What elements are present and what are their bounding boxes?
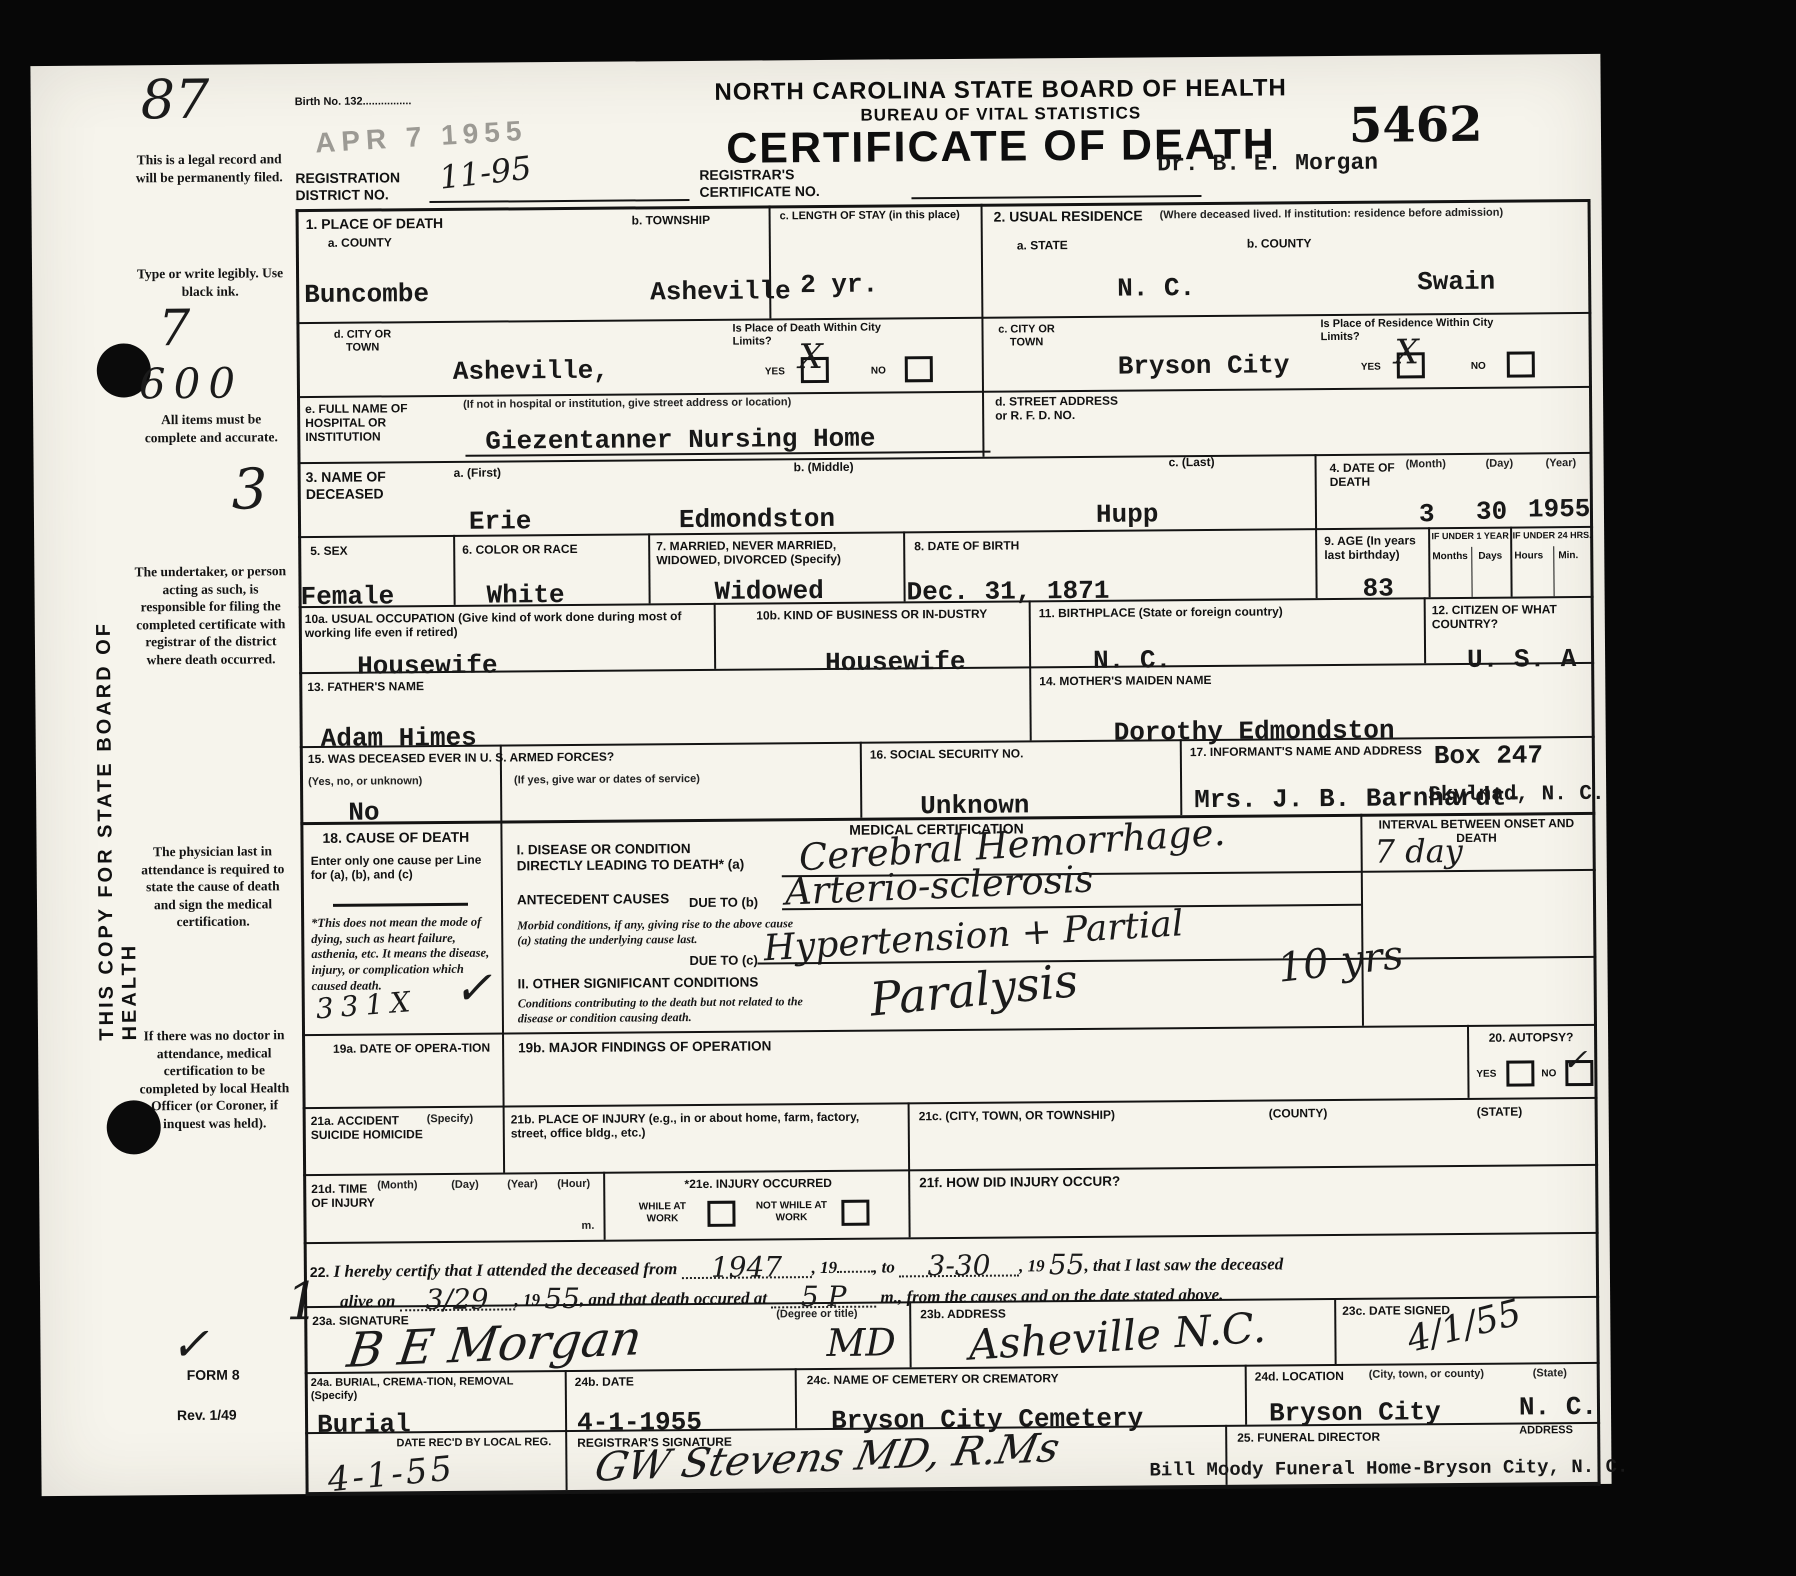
hospital-value: Giezentanner Nursing Home bbox=[485, 426, 875, 455]
while-at-work-label: WHILE AT WORK bbox=[625, 1201, 699, 1225]
certify-alive-blank: 3/29 bbox=[400, 1288, 515, 1311]
certify-to-year-handwriting: 55 bbox=[1049, 1248, 1085, 1281]
how-injury-label: 21f. HOW DID INJURY OCCUR? bbox=[919, 1174, 1120, 1192]
name-of-deceased-label: 3. NAME OF DECEASED bbox=[306, 468, 416, 502]
physician-signature-handwriting: B E Morgan bbox=[344, 1314, 644, 1375]
cell-line bbox=[1360, 814, 1364, 1026]
injury-day-label: (Day) bbox=[451, 1179, 479, 1192]
residence-county-value: Swain bbox=[1417, 269, 1495, 296]
injury-occurred-label: *21e. INJURY OCCURRED bbox=[613, 1175, 903, 1191]
cell-line bbox=[503, 1105, 506, 1172]
cause-note1: Enter only one cause per Line for (a), (… bbox=[311, 853, 491, 883]
registration-district-line bbox=[429, 199, 689, 203]
informant-box-value: Box 247 bbox=[1434, 742, 1543, 769]
residence-city-label: c. CITY OR TOWN bbox=[994, 323, 1058, 349]
cell-line bbox=[648, 533, 651, 603]
residence-city-value: Bryson City bbox=[1118, 352, 1290, 379]
dod-day-value: 30 bbox=[1476, 499, 1507, 525]
registration-district-value: 11-95 bbox=[438, 152, 533, 194]
table-border-right bbox=[1587, 199, 1600, 1486]
cell-line bbox=[1314, 454, 1317, 598]
injury-state-label: (STATE) bbox=[1477, 1105, 1523, 1120]
margin-handwriting-87: 87 bbox=[140, 73, 209, 128]
death-city-value: Asheville, bbox=[453, 358, 609, 385]
autopsy-no-label: NO bbox=[1541, 1068, 1556, 1080]
father-name-label: 13. FATHER'S NAME bbox=[307, 679, 424, 694]
hospital-paren: (If not in hospital or institution, give… bbox=[463, 395, 983, 412]
cell-line bbox=[903, 531, 906, 601]
accident-suicide-label: 21a. ACCIDENT SUICIDE HOMICIDE bbox=[311, 1113, 423, 1142]
degree-handwriting: MD bbox=[826, 1323, 896, 1362]
residence-state-value: N. C. bbox=[1117, 275, 1195, 302]
autopsy-no-mark: ✓ bbox=[1562, 1046, 1587, 1076]
dod-year-value: 1955 bbox=[1528, 496, 1591, 522]
row-line-9 bbox=[302, 1024, 1597, 1036]
armed-forces-value: No bbox=[348, 799, 379, 825]
certify-text-6: alive on bbox=[340, 1291, 395, 1310]
certify-text-7: , 19 bbox=[515, 1290, 541, 1309]
place-of-injury-label: 21b. PLACE OF INJURY (e.g., in or about … bbox=[511, 1109, 891, 1140]
margin-note-undertaker: The undertaker, or person acting as such… bbox=[134, 562, 287, 668]
ssn-label: 16. SOCIAL SECURITY NO. bbox=[870, 745, 1170, 762]
registration-district-label: REGISTRATION DISTRICT NO. bbox=[295, 169, 400, 203]
certificate-number: 5462 bbox=[1349, 97, 1483, 154]
margin-handwriting-600: 600 bbox=[139, 363, 243, 406]
certify-alive-year-handwriting: 55 bbox=[544, 1282, 580, 1315]
certify-text-8: , and that death occured at bbox=[580, 1288, 767, 1308]
location-state-label: (State) bbox=[1533, 1367, 1567, 1380]
name-first-label: a. (First) bbox=[454, 466, 501, 481]
cell-line bbox=[909, 1301, 912, 1367]
place-of-death-label: 1. PLACE OF DEATH bbox=[306, 215, 444, 233]
burial-value: Burial bbox=[317, 1411, 411, 1438]
length-of-stay-label: c. LENGTH OF STAY (in this place) bbox=[780, 209, 965, 223]
informant-label: 17. INFORMANT'S NAME AND ADDRESS bbox=[1190, 743, 1422, 759]
cell-line bbox=[1424, 597, 1427, 663]
street-address-label: d. STREET ADDRESS or R. F. D. NO. bbox=[995, 394, 1125, 423]
cell-line bbox=[1471, 547, 1472, 597]
birthplace-label: 11. BIRTHPLACE (State or foreign country… bbox=[1039, 603, 1419, 620]
other-conditions-label: II. OTHER SIGNIFICANT CONDITIONS bbox=[518, 974, 759, 992]
name-last-label: c. (Last) bbox=[1168, 455, 1214, 470]
cause-of-death-label: 18. CAUSE OF DEATH bbox=[322, 829, 469, 847]
certify-number: 22. bbox=[310, 1264, 330, 1280]
injury-hour-label: (Hour) bbox=[557, 1178, 590, 1191]
other-conditions-handwriting: Paralysis bbox=[868, 957, 1080, 1023]
margin-note-physician: The physician last in attendance is requ… bbox=[137, 842, 290, 931]
marital-value: Widowed bbox=[714, 578, 823, 605]
dod-month-value: 3 bbox=[1419, 501, 1435, 527]
place-county-label: a. COUNTY bbox=[328, 235, 392, 250]
dod-month-label: (Month) bbox=[1406, 458, 1446, 472]
dod-year-label: (Year) bbox=[1546, 457, 1577, 470]
cell-line bbox=[565, 1370, 567, 1430]
residence-county-label: b. COUNTY bbox=[1247, 236, 1312, 251]
cell-line bbox=[1180, 739, 1183, 815]
cell-line bbox=[795, 1368, 797, 1428]
cell-line bbox=[565, 1430, 567, 1490]
date-of-death-label: 4. DATE OF DEATH bbox=[1330, 460, 1398, 489]
injury-m-label: m. bbox=[581, 1220, 594, 1233]
citizen-value: U. S. A bbox=[1467, 646, 1576, 673]
under-1-months-label: Months bbox=[1432, 551, 1468, 563]
business-value: Housewife bbox=[825, 649, 966, 676]
under-24-hours-label: Hours bbox=[1514, 550, 1543, 562]
cell-line bbox=[453, 535, 456, 605]
death-limits-yes-mark: X bbox=[799, 340, 823, 374]
certify-from-handwriting: 1947 bbox=[711, 1250, 783, 1284]
time-of-injury-label: 21d. TIME OF INJURY bbox=[311, 1181, 381, 1210]
ssn-value: Unknown bbox=[920, 792, 1029, 819]
cause-code-handwriting: 331X bbox=[315, 988, 418, 1024]
accident-specify-label: (Specify) bbox=[427, 1113, 474, 1127]
date-of-operation-label: 19a. DATE OF OPERA-TION bbox=[310, 1041, 490, 1057]
place-township-label: b. TOWNSHIP bbox=[632, 213, 711, 228]
armed-forces-sub1: (Yes, no, or unknown) bbox=[308, 775, 422, 789]
marital-status-label: 7. MARRIED, NEVER MARRIED, WIDOWED, DIVO… bbox=[656, 537, 896, 567]
certify-to-blank: 3-30 bbox=[899, 1254, 1019, 1277]
cause-divider bbox=[333, 903, 468, 907]
length-of-stay-value: 2 yr. bbox=[800, 272, 878, 299]
cell-line bbox=[1334, 1298, 1337, 1364]
registrar-certificate-line bbox=[911, 195, 1201, 199]
cause-b-handwriting: Arterio-sclerosis bbox=[784, 860, 1094, 910]
margin-note-complete: All items must be complete and accurate. bbox=[135, 410, 287, 446]
mother-name-value: Dorothy Edmondston bbox=[1114, 717, 1395, 745]
cell-line bbox=[860, 742, 863, 818]
row-line-12 bbox=[304, 1232, 1599, 1244]
race-value: White bbox=[486, 582, 564, 609]
major-findings-label: 19b. MAJOR FINDINGS OF OPERATION bbox=[518, 1038, 771, 1056]
location-value: Bryson City bbox=[1269, 1399, 1441, 1426]
cell-line bbox=[1553, 546, 1554, 596]
sex-label: 5. SEX bbox=[310, 544, 347, 558]
place-township-value: Asheville bbox=[650, 278, 791, 305]
place-county-value: Buncombe bbox=[304, 281, 429, 308]
funeral-director-label: 25. FUNERAL DIRECTOR bbox=[1237, 1430, 1380, 1445]
date-of-birth-label: 8. DATE OF BIRTH bbox=[914, 538, 1019, 553]
usual-residence-label: 2. USUAL RESIDENCE bbox=[994, 207, 1143, 225]
doctor-name: Dr. B. E. Morgan bbox=[1157, 152, 1378, 177]
burial-date-label: 24b. DATE bbox=[575, 1374, 634, 1389]
death-limits-no-label: NO bbox=[871, 365, 886, 377]
residence-limits-yes-label: YES bbox=[1361, 362, 1381, 374]
location-paren: (City, town, or county) bbox=[1369, 1368, 1484, 1382]
row-line-10 bbox=[303, 1097, 1598, 1109]
residence-limits-yes-mark: X bbox=[1395, 335, 1419, 369]
under-1-year-label: IF UNDER 1 YEAR bbox=[1430, 531, 1510, 542]
certify-text-5: , that I last saw the deceased bbox=[1084, 1254, 1283, 1275]
occupation-label: 10a. USUAL OCCUPATION (Give kind of work… bbox=[305, 609, 705, 640]
name-first-value: Erie bbox=[469, 508, 532, 534]
form-number: FORM 8 bbox=[187, 1367, 240, 1384]
residence-state-label: a. STATE bbox=[1017, 238, 1068, 253]
sex-value: Female bbox=[300, 583, 394, 610]
due-to-c-label: DUE TO (c) bbox=[689, 953, 758, 969]
form-revision: Rev. 1/49 bbox=[177, 1407, 237, 1424]
injury-month-label: (Month) bbox=[377, 1179, 417, 1193]
antecedent-label: ANTECEDENT CAUSES bbox=[517, 891, 669, 908]
margin-note-no-doctor: If there was no doctor in attendance, me… bbox=[138, 1026, 291, 1132]
cell-line bbox=[603, 1172, 606, 1240]
mother-name-label: 14. MOTHER'S MAIDEN NAME bbox=[1039, 673, 1211, 689]
date-of-birth-value: Dec. 31, 1871 bbox=[906, 578, 1109, 606]
dod-day-label: (Day) bbox=[1486, 458, 1514, 471]
injury-year-label: (Year) bbox=[507, 1178, 538, 1191]
cell-line bbox=[1245, 1365, 1247, 1425]
cause-check-mark: ✓ bbox=[453, 965, 492, 1011]
cemetery-label: 24c. NAME OF CEMETERY OR CREMATORY bbox=[807, 1371, 1059, 1387]
margin-handwriting-3: 3 bbox=[232, 462, 268, 518]
funeral-director-value: Bill Moody Funeral Home-Bryson City, N. … bbox=[1149, 1458, 1628, 1481]
death-limits-no-checkbox bbox=[905, 356, 933, 382]
under-24-hrs-label: IF UNDER 24 HRS. bbox=[1512, 530, 1592, 541]
registrar-certificate-label: REGISTRAR'S CERTIFICATE NO. bbox=[699, 166, 820, 200]
injury-city-label: 21c. (CITY, TOWN, OR TOWNSHIP) bbox=[919, 1108, 1115, 1124]
margin-note-legibly: Type or write legibly. Use black ink. bbox=[134, 264, 286, 300]
cell-line bbox=[981, 204, 985, 457]
certificate-paper: 87 This is a legal record and will be pe… bbox=[30, 54, 1611, 1496]
certify-from-blank: 1947 bbox=[681, 1256, 811, 1279]
father-name-value: Adam Himes bbox=[321, 725, 477, 752]
certify-text-9: m., from the causes and on the date stat… bbox=[880, 1285, 1223, 1307]
interval-a-handwriting: 7 day bbox=[1374, 835, 1462, 868]
business-label: 10b. KIND OF BUSINESS OR IN-DUSTRY bbox=[727, 606, 1017, 622]
name-middle-value: Edmondston bbox=[679, 506, 835, 533]
cell-line bbox=[500, 821, 504, 1106]
certify-text-3: , to bbox=[873, 1257, 895, 1276]
armed-forces-label: 15. WAS DECEASED EVER IN U. S. ARMED FOR… bbox=[308, 748, 858, 766]
certify-text-1: I hereby certify that I attended the dec… bbox=[334, 1259, 678, 1281]
other-conditions-note: Conditions contributing to the death but… bbox=[518, 994, 828, 1026]
age-value: 83 bbox=[1362, 575, 1393, 601]
injury-county-label: (COUNTY) bbox=[1269, 1106, 1328, 1121]
race-label: 6. COLOR OR RACE bbox=[462, 542, 577, 557]
location-state-value: N. C. bbox=[1519, 1394, 1597, 1421]
table-border-bottom bbox=[306, 1482, 1601, 1496]
morbid-note: Morbid conditions, if any, giving rise t… bbox=[517, 916, 797, 948]
degree-label: (Degree or title) bbox=[776, 1308, 857, 1322]
while-at-work-checkbox bbox=[707, 1201, 735, 1227]
name-last-value: Hupp bbox=[1096, 501, 1159, 527]
funeral-address-label: ADDRESS bbox=[1519, 1424, 1573, 1437]
location-label: 24d. LOCATION bbox=[1255, 1369, 1344, 1384]
address-handwriting: Asheville N.C. bbox=[967, 1307, 1266, 1367]
scanned-death-certificate: 87 This is a legal record and will be pe… bbox=[0, 0, 1796, 1576]
margin-handwriting-7: 7 bbox=[158, 303, 190, 353]
burial-label: 24a. BURIAL, CREMA-TION, REMOVAL (Specif… bbox=[311, 1375, 541, 1403]
under-1-days-label: Days bbox=[1478, 551, 1502, 563]
birth-no-label: Birth No. 132................ bbox=[295, 95, 412, 109]
certify-blank-empty bbox=[837, 1271, 873, 1273]
margin-handwriting-check: ✓ bbox=[170, 1321, 209, 1367]
under-24-min-label: Min. bbox=[1558, 550, 1578, 562]
margin-copy-label: THIS COPY FOR STATE BOARD OF HEALTH bbox=[93, 600, 142, 1040]
cause-c-handwriting: Hypertension + Partial bbox=[763, 906, 1185, 967]
occupation-value: Housewife bbox=[357, 653, 498, 680]
death-city-label: d. CITY OR TOWN bbox=[330, 328, 394, 354]
certify-time-blank: 5 P bbox=[771, 1286, 876, 1309]
interval-other-handwriting: 10 yrs bbox=[1276, 935, 1406, 989]
citizen-label: 12. CITIZEN OF WHAT COUNTRY? bbox=[1432, 602, 1582, 631]
date-received-label: DATE REC'D BY LOCAL REG. bbox=[311, 1436, 551, 1451]
armed-forces-sub2: (If yes, give war or dates of service) bbox=[514, 772, 844, 788]
certify-to-handwriting: 3-30 bbox=[927, 1249, 990, 1282]
cell-line bbox=[714, 603, 717, 669]
death-limits-yes-label: YES bbox=[765, 366, 785, 378]
certify-text-2: , 19 bbox=[811, 1258, 837, 1277]
disease-label: I. DISEASE OR CONDITION DIRECTLY LEADING… bbox=[517, 840, 807, 874]
age-label: 9. AGE (In years last birthday) bbox=[1324, 533, 1429, 562]
hospital-label: e. FULL NAME OF HOSPITAL OR INSTITUTION bbox=[305, 401, 455, 445]
not-while-at-work-checkbox bbox=[841, 1200, 869, 1226]
certify-alive-handwriting: 3/29 bbox=[426, 1283, 489, 1316]
residence-limits-no-label: NO bbox=[1471, 361, 1486, 373]
due-to-b-label: DUE TO (b) bbox=[689, 894, 758, 910]
residence-limits-no-checkbox bbox=[1507, 351, 1535, 377]
name-middle-label: b. (Middle) bbox=[794, 460, 854, 475]
usual-residence-paren: (Where deceased lived. If institution: r… bbox=[1160, 206, 1590, 223]
birthplace-value: N. C. bbox=[1093, 647, 1171, 674]
not-while-at-work-label: NOT WHILE AT WORK bbox=[749, 1200, 833, 1224]
autopsy-yes-label: YES bbox=[1476, 1069, 1496, 1081]
certify-text-4: , 19 bbox=[1019, 1256, 1045, 1275]
informant-address-value: Skylnad, N. C. bbox=[1428, 784, 1605, 806]
burial-date-value: 4-1-1955 bbox=[577, 1409, 702, 1436]
cell-line bbox=[1029, 600, 1032, 740]
autopsy-yes-checkbox bbox=[1506, 1060, 1534, 1086]
margin-note-legal-record: This is a legal record and will be perma… bbox=[133, 150, 285, 186]
